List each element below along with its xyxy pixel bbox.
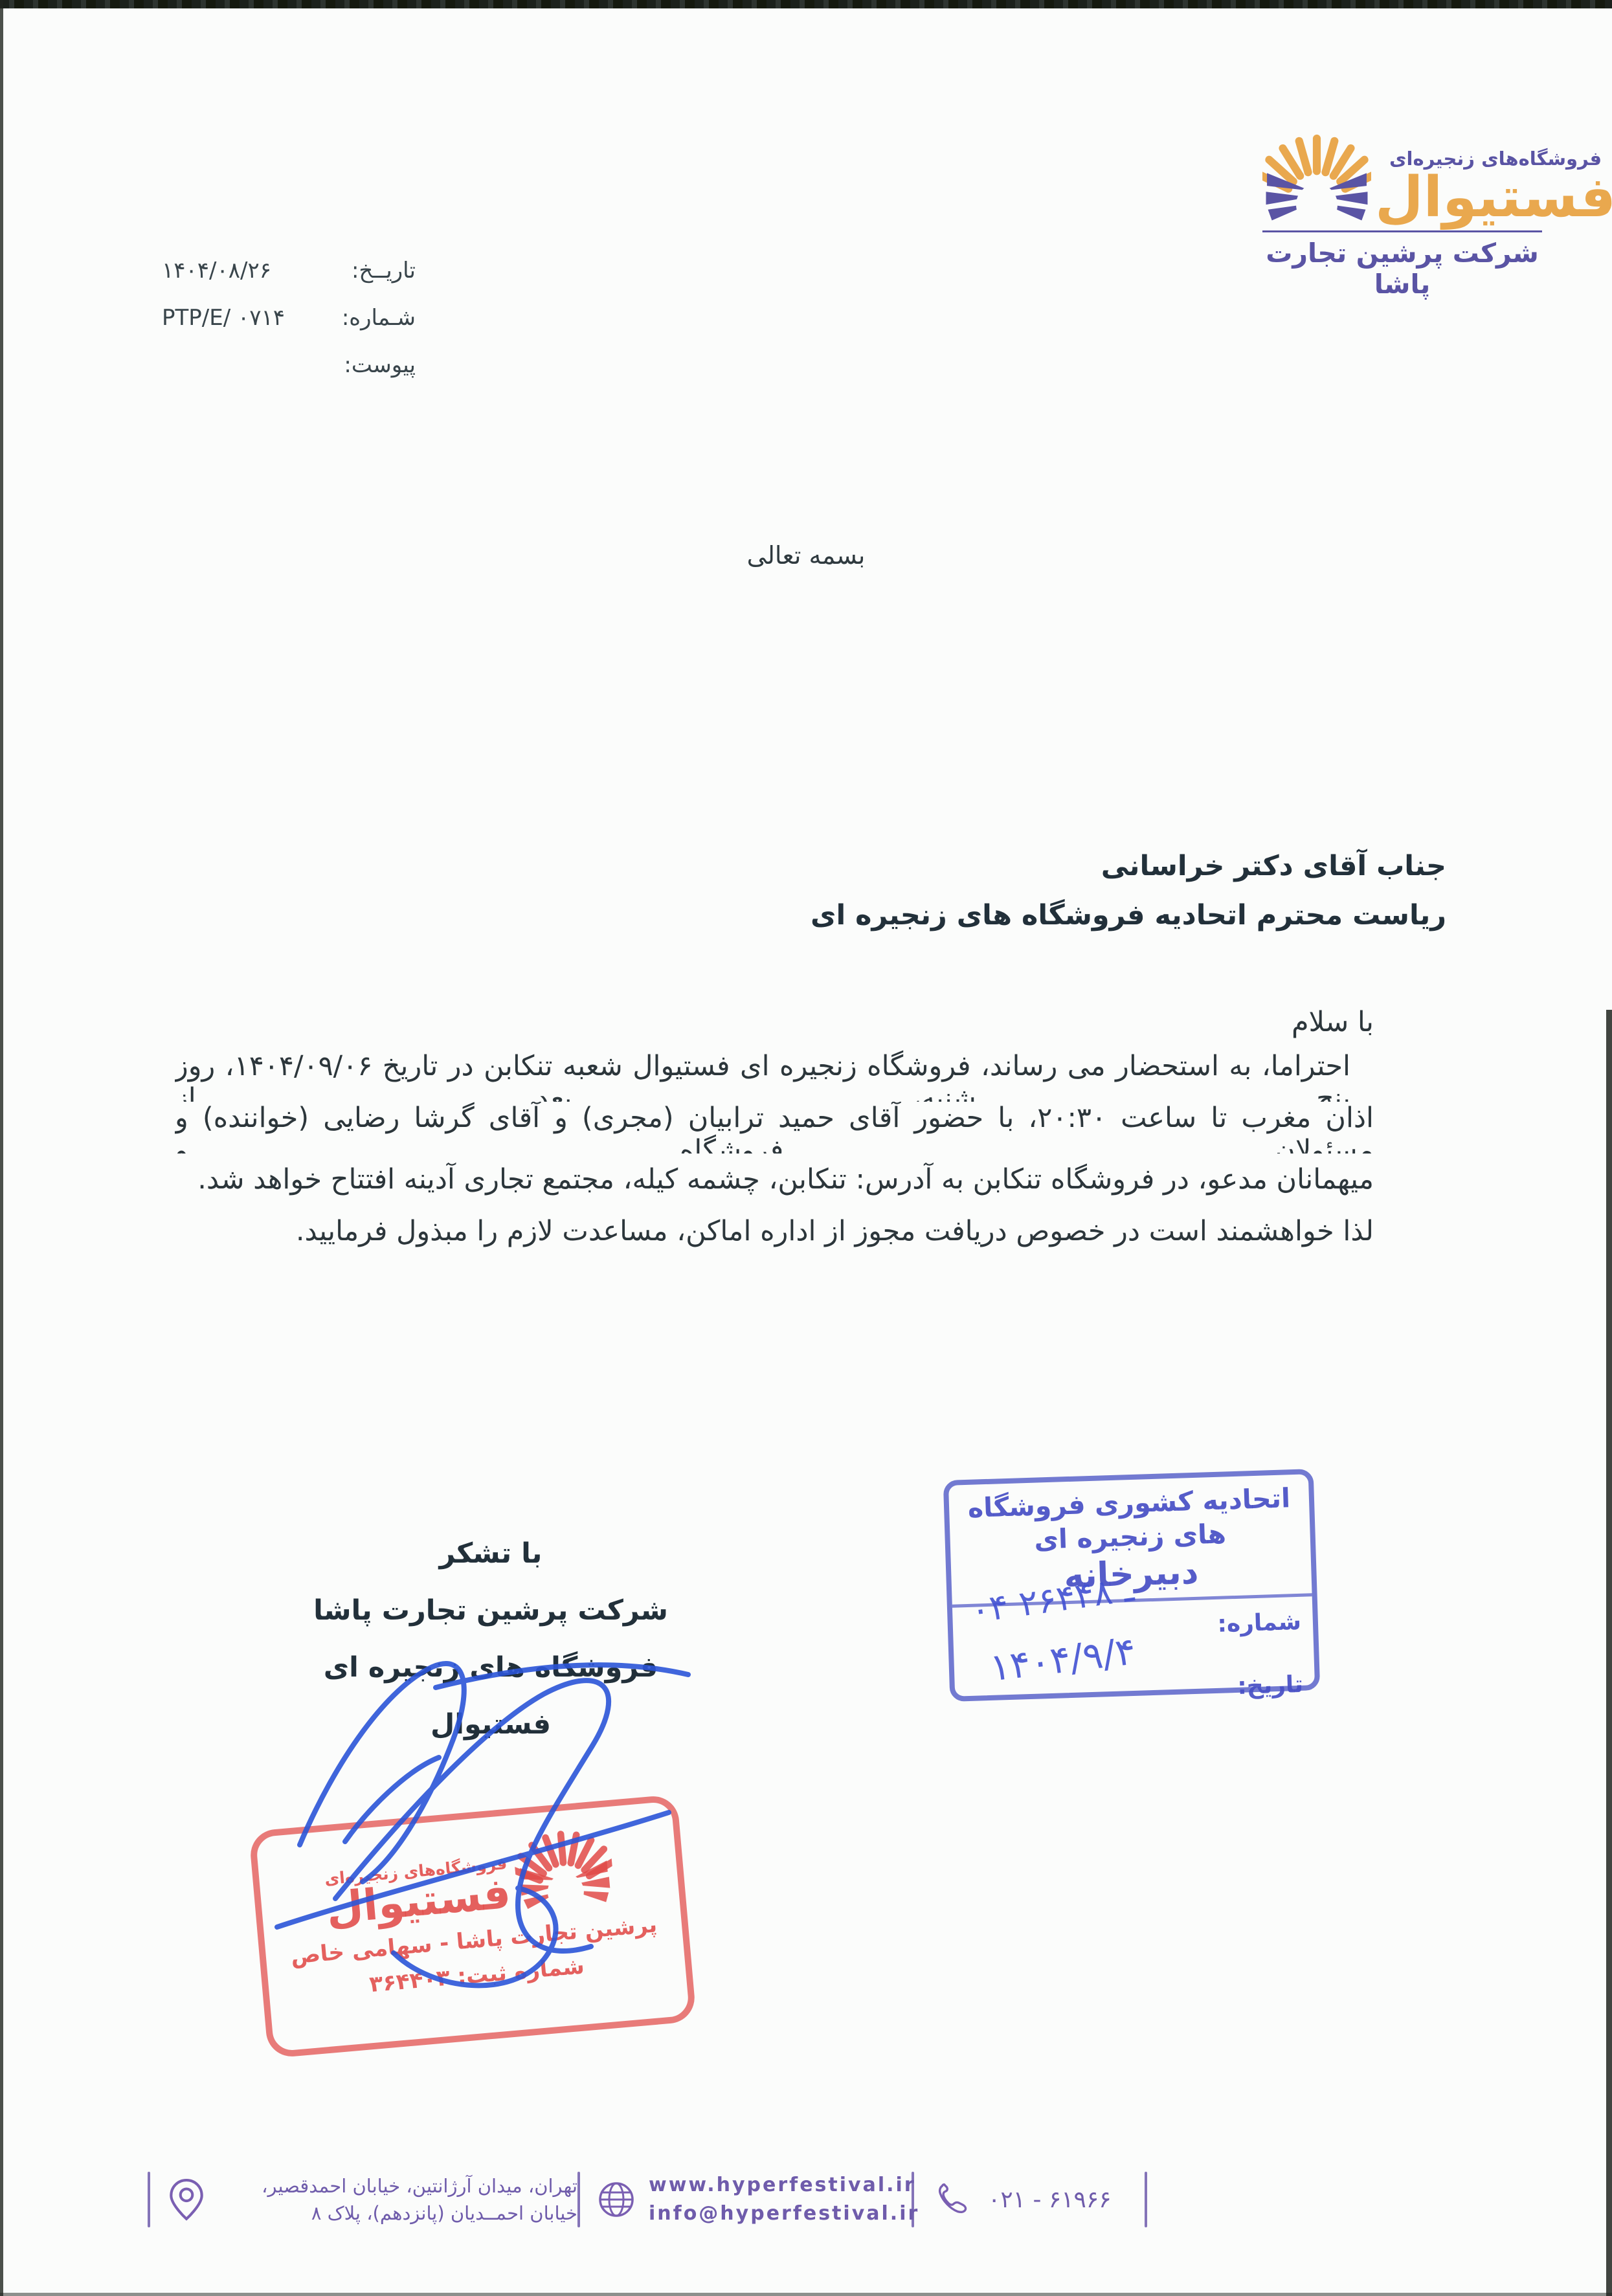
union-stamp-number-label: شماره: — [1217, 1609, 1302, 1638]
footer-phone-cell: ۰۲۱ - ۶۱۹۶۶ — [914, 2181, 1145, 2218]
ref-date-label: تاریــخ: — [352, 258, 416, 284]
footer-email: info@hyperfestival.ir — [649, 2200, 919, 2228]
ref-date-value: ۱۴۰۴/۰۸/۲۶ — [162, 258, 271, 284]
closing-company: شرکت پرشین تجارت پاشا — [297, 1582, 685, 1639]
footer-website: www.hyperfestival.ir — [649, 2171, 919, 2200]
ref-number-row: PTP/E/ ۰۷۱۴ شـماره: — [162, 305, 416, 352]
footer-address-cell: تهران، میدان آرژانتین، خیابان احمدقصیر، … — [150, 2172, 577, 2227]
footer-divider — [1145, 2172, 1147, 2227]
festival-logo: فروشگاه‌های زنجیره‌ای فستیوال شرکت پرشین… — [1262, 118, 1542, 300]
body-line-3: میهمانان مدعو، در فروشگاه تنکابن به آدرس… — [175, 1154, 1374, 1205]
union-stamp-title: اتحادیه کشوری فروشگاه های زنجیره ای — [960, 1481, 1299, 1559]
letter-page: فروشگاه‌های زنجیره‌ای فستیوال شرکت پرشین… — [0, 0, 1612, 2296]
footer-address-line1: تهران، میدان آرژانتین، خیابان احمدقصیر، — [225, 2172, 577, 2200]
footer: تهران، میدان آرژانتین، خیابان احمدقصیر، … — [148, 2170, 1147, 2229]
ref-attachment-label: پیوست: — [344, 352, 416, 378]
scan-edge-right — [1606, 1010, 1612, 2296]
phone-icon — [934, 2181, 971, 2218]
footer-phone-number: ۰۲۱ - ۶۱۹۶۶ — [988, 2187, 1112, 2213]
reference-fields: ۱۴۰۴/۰۸/۲۶ تاریــخ: PTP/E/ ۰۷۱۴ شـماره: … — [162, 258, 416, 399]
footer-divider — [912, 2172, 914, 2227]
ref-date-row: ۱۴۰۴/۰۸/۲۶ تاریــخ: — [162, 258, 416, 305]
ref-attachment-row: پیوست: — [162, 352, 416, 399]
logo-company-name: شرکت پرشین تجارت پاشا — [1262, 238, 1542, 300]
scan-edge-left — [0, 0, 3, 2296]
logo-brand: فستیوال — [1375, 171, 1612, 224]
recipient-block: جناب آقای دکتر خراسانی ریاست محترم اتحاد… — [811, 841, 1446, 940]
recipient-title: ریاست محترم اتحادیه فروشگاه های زنجیره ا… — [811, 891, 1446, 940]
body-line-1: احتراما، به استحضار می رساند، فروشگاه زن… — [175, 1050, 1374, 1102]
footer-divider — [577, 2172, 580, 2227]
union-stamp-date-label: تاریخ: — [1237, 1671, 1304, 1700]
body-line-4: لذا خواهشمند است در خصوص دریافت مجوز از … — [175, 1205, 1374, 1257]
recipient-name: جناب آقای دکتر خراسانی — [811, 841, 1446, 891]
footer-web-cell: www.hyperfestival.ir info@hyperfestival.… — [580, 2171, 912, 2228]
location-pin-icon — [168, 2178, 205, 2222]
ref-number-value: PTP/E/ ۰۷۱۴ — [162, 305, 285, 331]
letter-body: با سلام احتراما، به استحضار می رساند، فر… — [175, 998, 1374, 1257]
globe-icon — [597, 2180, 636, 2219]
ref-number-label: شـماره: — [342, 305, 416, 331]
logo-divider — [1262, 230, 1542, 232]
scan-edge-top — [0, 0, 1612, 8]
closing-thanks: با تشکر — [297, 1525, 685, 1582]
festival-sun-icon — [1262, 118, 1371, 224]
footer-divider — [148, 2172, 150, 2227]
footer-address-line2: خیابان احمــدیان (پانزدهم)، پلاک ۸ — [225, 2200, 577, 2227]
signature-scribble — [238, 1647, 711, 2000]
body-line-2: اذان مغرب تا ساعت ۲۰:۳۰، با حضور آقای حم… — [175, 1102, 1374, 1154]
besmele-heading: بسمه تعالی — [0, 541, 1612, 570]
scan-edge-bottom — [0, 2293, 1612, 2296]
union-secretariat-stamp: اتحادیه کشوری فروشگاه های زنجیره ای دبیر… — [943, 1469, 1320, 1702]
salutation: با سلام — [175, 998, 1374, 1050]
